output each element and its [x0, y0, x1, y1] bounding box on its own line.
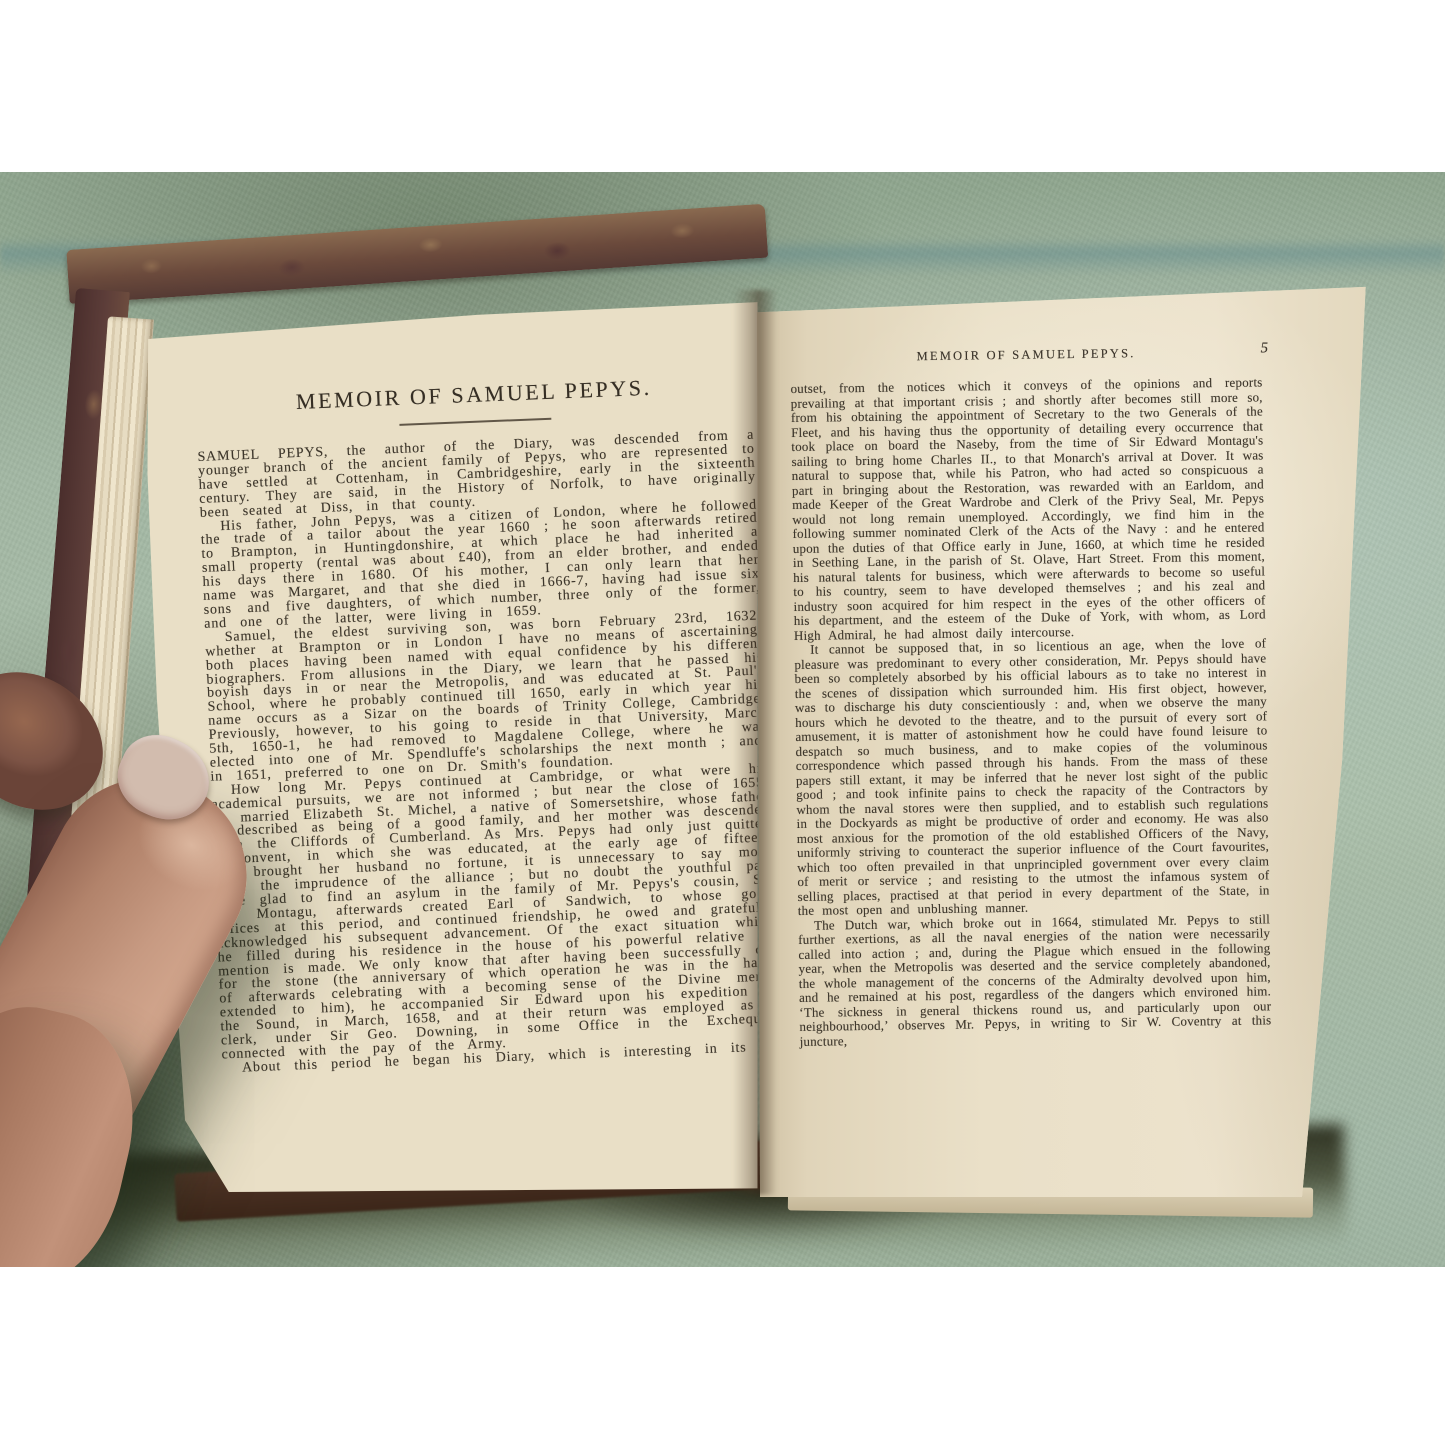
- page-title: MEMOIR OF SAMUEL PEPYS.: [195, 371, 753, 419]
- title-rule: [399, 418, 551, 426]
- left-page: MEMOIR OF SAMUEL PEPYS. SAMUEL PEPYS, th…: [135, 295, 760, 1192]
- right-page: MEMOIR OF SAMUEL PEPYS. 5 outset, from t…: [752, 285, 1370, 1197]
- right-page-body: outset, from the notices which it convey…: [790, 375, 1271, 1049]
- page-number: 5: [1260, 340, 1268, 357]
- book-photo: MEMOIR OF SAMUEL PEPYS. SAMUEL PEPYS, th…: [0, 0, 1445, 1445]
- letterbox-top: [0, 0, 1445, 172]
- paragraph: Samuel, the eldest surviving son, was bo…: [205, 609, 768, 784]
- running-header-title: MEMOIR OF SAMUEL PEPYS.: [917, 346, 1136, 363]
- left-page-body: SAMUEL PEPYS, the author of the Diary, w…: [197, 429, 779, 1077]
- right-page-text-block: MEMOIR OF SAMUEL PEPYS. 5 outset, from t…: [790, 344, 1272, 1049]
- running-header: MEMOIR OF SAMUEL PEPYS. 5: [790, 344, 1262, 366]
- paragraph: The Dutch war, which broke out in 1664, …: [798, 912, 1272, 1049]
- left-page-text-block: MEMOIR OF SAMUEL PEPYS. SAMUEL PEPYS, th…: [195, 371, 779, 1077]
- photo-area: MEMOIR OF SAMUEL PEPYS. SAMUEL PEPYS, th…: [0, 172, 1445, 1267]
- paragraph: outset, from the notices which it convey…: [790, 375, 1266, 643]
- paragraph: How long Mr. Pepys continued at Cambridg…: [211, 762, 779, 1062]
- letterbox-bottom: [0, 1267, 1445, 1445]
- page-gutter-crease: [733, 290, 777, 1195]
- paragraph: It cannot be supposed that, in so licent…: [794, 636, 1270, 918]
